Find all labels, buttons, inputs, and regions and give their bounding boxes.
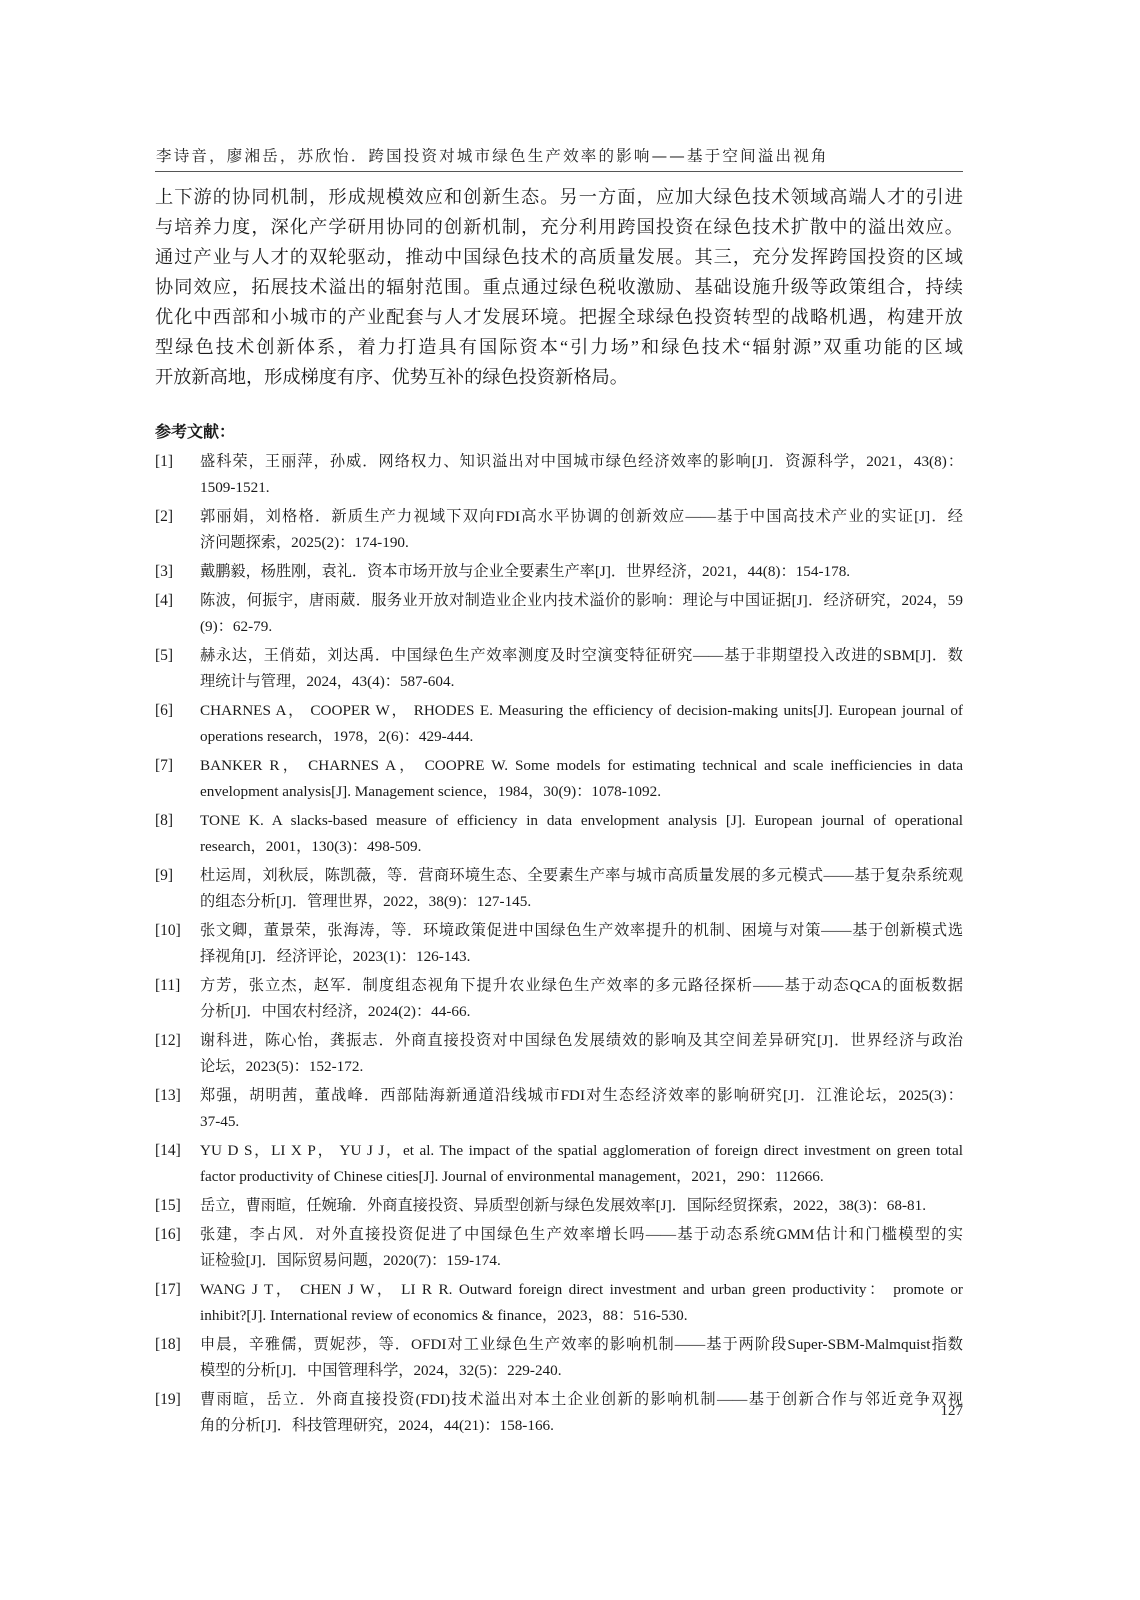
reference-number: [4] — [155, 588, 200, 614]
page-number: 127 — [920, 1403, 963, 1420]
reference-line: 37-45. — [200, 1109, 963, 1135]
body-paragraph: 上下游的协同机制，形成规模效应和创新生态。另一方面，应加大绿色技术领域高端人才的… — [155, 182, 963, 392]
reference-line: 模型的分析[J]．中国管理科学，2024，32(5)：229-240. — [200, 1358, 963, 1384]
body-line: 优化中西部和小城市的产业配套与人才发展环境。把握全球绿色投资转型的战略机遇，构建… — [155, 302, 963, 332]
reference-number: [7] — [155, 753, 200, 779]
reference-line: envelopment analysis[J]. Management scie… — [200, 779, 963, 805]
reference-item: [10] 张文卿，董景荣，张海涛，等．环境政策促进中国绿色生产效率提升的机制、困… — [155, 918, 963, 970]
reference-item: [3] 戴鹏毅，杨胜刚，袁礼．资本市场开放与企业全要素生产率[J]．世界经济，2… — [155, 559, 963, 585]
reference-number: [3] — [155, 559, 200, 585]
reference-item: [18] 申晨，辛雅儒，贾妮莎，等．OFDI对工业绿色生产效率的影响机制——基于… — [155, 1332, 963, 1384]
reference-item: [6] CHARNES A， COOPER W， RHODES E. Measu… — [155, 698, 963, 750]
reference-line: 郭丽娟，刘格格．新质生产力视域下双向FDI高水平协调的创新效应——基于中国高技术… — [200, 504, 963, 530]
references-heading: 参考文献： — [155, 420, 235, 444]
reference-line: 方芳，张立杰，赵军．制度组态视角下提升农业绿色生产效率的多元路径探析——基于动态… — [200, 973, 963, 999]
reference-line: YU D S，LI X P， YU J J，et al. The impact … — [200, 1138, 963, 1164]
reference-list: [1] 盛科荣，王丽萍，孙威．网络权力、知识溢出对中国城市绿色经济效率的影响[J… — [155, 449, 963, 1442]
reference-item: [14] YU D S，LI X P， YU J J，et al. The im… — [155, 1138, 963, 1190]
reference-line: BANKER R， CHARNES A， COOPRE W. Some mode… — [200, 753, 963, 779]
reference-line: operations research，1978，2(6)：429-444. — [200, 724, 963, 750]
reference-number: [12] — [155, 1028, 200, 1054]
reference-line: 角的分析[J]．科技管理研究，2024，44(21)：158-166. — [200, 1413, 963, 1439]
body-line: 上下游的协同机制，形成规模效应和创新生态。另一方面，应加大绿色技术领域高端人才的… — [155, 182, 963, 212]
header-rule — [155, 171, 963, 172]
reference-number: [9] — [155, 863, 200, 889]
reference-item: [15] 岳立，曹雨暄，任婉瑜．外商直接投资、异质型创新与绿色发展效率[J]．国… — [155, 1193, 963, 1219]
running-head: 李诗音，廖湘岳，苏欣怡．跨国投资对城市绿色生产效率的影响——基于空间溢出视角 — [156, 145, 962, 167]
reference-item: [7] BANKER R， CHARNES A， COOPRE W. Some … — [155, 753, 963, 805]
reference-item: [2] 郭丽娟，刘格格．新质生产力视域下双向FDI高水平协调的创新效应——基于中… — [155, 504, 963, 556]
reference-number: [19] — [155, 1387, 200, 1413]
reference-number: [2] — [155, 504, 200, 530]
reference-item: [13] 郑强，胡明茜，董战峰．西部陆海新通道沿线城市FDI对生态经济效率的影响… — [155, 1083, 963, 1135]
reference-line: inhibit?[J]. International review of eco… — [200, 1303, 963, 1329]
reference-number: [14] — [155, 1138, 200, 1164]
reference-line: 曹雨暄，岳立．外商直接投资(FDI)技术溢出对本土企业创新的影响机制——基于创新… — [200, 1387, 963, 1413]
body-line: 与培养力度，深化产学研用协同的创新机制，充分利用跨国投资在绿色技术扩散中的溢出效… — [155, 212, 963, 242]
reference-line: research，2001，130(3)：498-509. — [200, 834, 963, 860]
reference-item: [17] WANG J T， CHEN J W， LI R R. Outward… — [155, 1277, 963, 1329]
reference-item: [19] 曹雨暄，岳立．外商直接投资(FDI)技术溢出对本土企业创新的影响机制—… — [155, 1387, 963, 1439]
reference-item: [16] 张建，李占风．对外直接投资促进了中国绿色生产效率增长吗——基于动态系统… — [155, 1222, 963, 1274]
reference-line: 济问题探索，2025(2)：174-190. — [200, 530, 963, 556]
body-line: 协同效应，拓展技术溢出的辐射范围。重点通过绿色税收激励、基础设施升级等政策组合，… — [155, 272, 963, 302]
body-line: 开放新高地，形成梯度有序、优势互补的绿色投资新格局。 — [155, 362, 963, 392]
reference-item: [9] 杜运周，刘秋辰，陈凯薇，等．营商环境生态、全要素生产率与城市高质量发展的… — [155, 863, 963, 915]
reference-line: 岳立，曹雨暄，任婉瑜．外商直接投资、异质型创新与绿色发展效率[J]．国际经贸探索… — [200, 1193, 963, 1219]
reference-line: 张建，李占风．对外直接投资促进了中国绿色生产效率增长吗——基于动态系统GMM估计… — [200, 1222, 963, 1248]
reference-number: [15] — [155, 1193, 200, 1219]
reference-item: [4] 陈波，何振宇，唐雨葳．服务业开放对制造业企业内技术溢价的影响：理论与中国… — [155, 588, 963, 640]
reference-line: 张文卿，董景荣，张海涛，等．环境政策促进中国绿色生产效率提升的机制、困境与对策—… — [200, 918, 963, 944]
reference-number: [8] — [155, 808, 200, 834]
reference-item: [12] 谢科进，陈心怡，龚振志．外商直接投资对中国绿色发展绩效的影响及其空间差… — [155, 1028, 963, 1080]
reference-number: [16] — [155, 1222, 200, 1248]
reference-number: [5] — [155, 643, 200, 669]
reference-line: 盛科荣，王丽萍，孙威．网络权力、知识溢出对中国城市绿色经济效率的影响[J]．资源… — [200, 449, 963, 475]
reference-line: 的组态分析[J]．管理世界，2022，38(9)：127-145. — [200, 889, 963, 915]
reference-line: 申晨，辛雅儒，贾妮莎，等．OFDI对工业绿色生产效率的影响机制——基于两阶段Su… — [200, 1332, 963, 1358]
reference-line: factor productivity of Chinese cities[J]… — [200, 1164, 963, 1190]
reference-line: CHARNES A， COOPER W， RHODES E. Measuring… — [200, 698, 963, 724]
reference-line: 杜运周，刘秋辰，陈凯薇，等．营商环境生态、全要素生产率与城市高质量发展的多元模式… — [200, 863, 963, 889]
reference-number: [11] — [155, 973, 200, 999]
reference-item: [1] 盛科荣，王丽萍，孙威．网络权力、知识溢出对中国城市绿色经济效率的影响[J… — [155, 449, 963, 501]
reference-item: [8] TONE K. A slacks-based measure of ef… — [155, 808, 963, 860]
reference-number: [18] — [155, 1332, 200, 1358]
reference-line: 1509-1521. — [200, 475, 963, 501]
reference-line: 郑强，胡明茜，董战峰．西部陆海新通道沿线城市FDI对生态经济效率的影响研究[J]… — [200, 1083, 963, 1109]
reference-line: 理统计与管理，2024，43(4)：587-604. — [200, 669, 963, 695]
reference-number: [17] — [155, 1277, 200, 1303]
reference-number: [1] — [155, 449, 200, 475]
reference-number: [13] — [155, 1083, 200, 1109]
document-page: 李诗音，廖湘岳，苏欣怡．跨国投资对城市绿色生产效率的影响——基于空间溢出视角 上… — [0, 0, 1140, 1600]
body-line: 型绿色技术创新体系，着力打造具有国际资本“引力场”和绿色技术“辐射源”双重功能的… — [155, 332, 963, 362]
reference-line: TONE K. A slacks-based measure of effici… — [200, 808, 963, 834]
reference-number: [6] — [155, 698, 200, 724]
body-line: 通过产业与人才的双轮驱动，推动中国绿色技术的高质量发展。其三，充分发挥跨国投资的… — [155, 242, 963, 272]
reference-line: 赫永达，王俏茹，刘达禹．中国绿色生产效率测度及时空演变特征研究——基于非期望投入… — [200, 643, 963, 669]
reference-line: 陈波，何振宇，唐雨葳．服务业开放对制造业企业内技术溢价的影响：理论与中国证据[J… — [200, 588, 963, 614]
reference-line: 戴鹏毅，杨胜刚，袁礼．资本市场开放与企业全要素生产率[J]．世界经济，2021，… — [200, 559, 963, 585]
reference-line: 证检验[J]．国际贸易问题，2020(7)：159-174. — [200, 1248, 963, 1274]
reference-line: WANG J T， CHEN J W， LI R R. Outward fore… — [200, 1277, 963, 1303]
reference-line: 谢科进，陈心怡，龚振志．外商直接投资对中国绿色发展绩效的影响及其空间差异研究[J… — [200, 1028, 963, 1054]
reference-line: 分析[J]．中国农村经济，2024(2)：44-66. — [200, 999, 963, 1025]
reference-item: [11] 方芳，张立杰，赵军．制度组态视角下提升农业绿色生产效率的多元路径探析—… — [155, 973, 963, 1025]
reference-item: [5] 赫永达，王俏茹，刘达禹．中国绿色生产效率测度及时空演变特征研究——基于非… — [155, 643, 963, 695]
reference-line: (9)：62-79. — [200, 614, 963, 640]
reference-number: [10] — [155, 918, 200, 944]
reference-line: 择视角[J]．经济评论，2023(1)：126-143. — [200, 944, 963, 970]
reference-line: 论坛，2023(5)：152-172. — [200, 1054, 963, 1080]
